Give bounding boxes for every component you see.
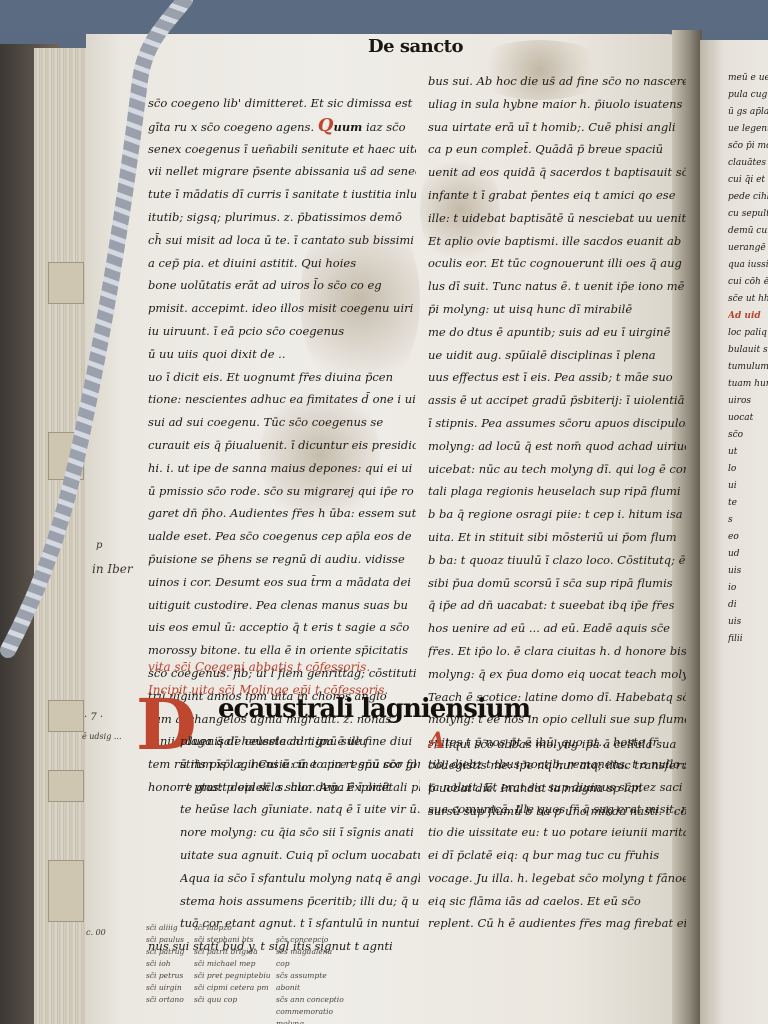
text-line: Et aplio ovie baptismi. ille sacdos euan… [428, 230, 686, 253]
text-line: vocage. Ju illa. h. legebat sc̄o molyng … [428, 867, 686, 890]
note-line: sc̄i uirgin [146, 982, 184, 994]
text-line: eo [728, 529, 768, 546]
text-line: uicebat: nūc au tech molyng dī. qui log … [428, 458, 686, 481]
text-line: ei dī p̄clatē eiq: q bur mag tuc cu fr̄u… [428, 844, 686, 867]
text-line: cui cōh ē uid [728, 274, 768, 291]
note-line: sc̄i labpzo [194, 922, 271, 934]
text-line: tumulum ne [728, 359, 768, 376]
text-line: tib; diebz t tbus noctib; remanens. t a … [428, 753, 686, 776]
text-line: pmisit. accepimt. ideo illos misit coege… [148, 297, 416, 320]
note-line: sc̄i petrus [146, 970, 184, 982]
note-line: sc̄i pret pegniptebiu [194, 970, 271, 982]
text-line: uis eos emul ū: acceptio q̄ t eris t sag… [148, 616, 416, 639]
text-line: garet dn̄ p̄ho. Audientes fr̄es h ūba: e… [148, 502, 416, 525]
text-line: te heūse lach gīuniate. natq ē ī uite vi… [180, 798, 420, 821]
text-line: ue uidit aug. spūialē disciplinas ī plen… [428, 344, 686, 367]
text-line: ī stipnis. Pea assumes sc̄oru apuos disc… [428, 412, 686, 435]
text-line: clauātes ecce [728, 155, 768, 172]
text-line: sc̄o p̄i molyng [728, 138, 768, 155]
margin-note: c. 00 [86, 928, 106, 937]
text-line: oculis eor. Et tūc cognouerunt illi oes … [428, 252, 686, 275]
text-line: p̄uisione se p̄hens se regnū di audiu. v… [148, 548, 416, 571]
text-line: lo [728, 461, 768, 478]
text-line: uerangē ē suq [728, 240, 768, 257]
text-line: b ba q̄ regione osragi piie: t cep i. hi… [428, 503, 686, 526]
bottom-notes-col-2: sc̄i labpzo sc̄i stephani bts sc̄i patri… [194, 922, 271, 1006]
text-line: bone uolūtatis erāt ad uiros l̄o sc̄o co… [148, 274, 416, 297]
text-line: lus dī suit. Tunc natus ē. t uenit ip̄e … [428, 275, 686, 298]
text-line: Teach ē scotice: latine domo dī. Habebat… [428, 686, 686, 709]
text-line: uis [728, 563, 768, 580]
text-line: s [728, 512, 768, 529]
text-line: sua comunicā. Ille quos fr̄ q̄ sug erat … [428, 798, 686, 821]
text-line: plaga q̄ dī heuselach: t ipa ē illu [180, 730, 420, 753]
text-line: p̄i molyng: ut uisq hunc dī mirabilē [428, 298, 686, 321]
text-line: b ba: t quoaz tiuulū ī clazo loco. Cōsti… [428, 549, 686, 572]
text-line: uiros [728, 393, 768, 410]
text-line: nore molyng: cu q̄ia sc̄o sii ī sīgnis a… [180, 821, 420, 844]
note-line: sc̄i ortano [146, 994, 184, 1006]
text-line: ille: t uidebat baptisātē ū nesciebat uu… [428, 207, 686, 230]
note-line: sc̄i stephani bts [194, 934, 271, 946]
margin-note: p [96, 540, 102, 551]
text-line: filii [728, 631, 768, 648]
margin-gloss: in Iber [92, 562, 133, 576]
text-line: uus effectus est ī eis. Pea assib; t māe… [428, 366, 686, 389]
page-tab [48, 432, 84, 480]
text-line: ualde eset. Pea sc̄o coegenus cep ap̄la … [148, 525, 416, 548]
margin-note: ē udsig ... [82, 732, 122, 741]
note-line: sc̄i paulus [146, 934, 184, 946]
text-column-c-partial: meū e uerbi flu pula cug t sc̄i ui ū gs … [728, 70, 768, 648]
text-line: gīta ru x sc̄o coegeno agens. Quum iaz s… [148, 115, 416, 138]
text-line: fr̄es. Et ip̄o lo. ē clara ciuitas h. d … [428, 640, 686, 663]
text-line: tali plaga regionis heuselach sup ripā f… [428, 480, 686, 503]
margin-note: · 7 · [84, 712, 103, 723]
text-line: uenit ad eos quidā q̄ sacerdos t baptisa… [428, 161, 686, 184]
text-line: ui [728, 478, 768, 495]
text-line: ue legent eū o [728, 121, 768, 138]
note-line: sc̄i aliiig [146, 922, 184, 934]
text-line: ū uu uiis quoi dixit de .. [148, 343, 416, 366]
text-line: infante t ī grabat p̄entes eiq t amici q… [428, 184, 686, 207]
text-line: bus sui. Ab hoc die us̄ ad fine sc̄o no … [428, 70, 686, 93]
text-line: tute ī mādatis dī curris ī sanitate t iu… [148, 183, 416, 206]
text-line: hi. i. ut ipe de sanna maius depones: qu… [148, 457, 416, 480]
note-line: sc̄i ioh [146, 958, 184, 970]
text-line: sc̄e ut hh na [728, 291, 768, 308]
text-column-b: bus sui. Ab hoc die us̄ ad fine sc̄o no … [428, 70, 686, 822]
text-line: Aqua ia sc̄o ī sfantulu molyng natq ē an… [180, 867, 420, 890]
text-line: bulauit sic [728, 342, 768, 359]
note-line: sc̄i michael mep [194, 958, 271, 970]
bottom-notes-col-3: sc̄s concepcio sc̄s magdalena cop sc̄s a… [276, 934, 346, 1024]
text-line: io [728, 580, 768, 597]
text-line: cu sepulte sep [728, 206, 768, 223]
text-line: uliag in sula hybne maior h. p̄iuolo isu… [428, 93, 686, 116]
note-line: commemoratio molyng [276, 1006, 346, 1024]
text-line: uo ī dicit eis. Et uognumt fr̄es diuina … [148, 366, 416, 389]
text-line: ch̄ sui misit ad loca ū te. ī cantato su… [148, 229, 416, 252]
text-line: uitate sua agnuit. Cuiq pī oclum uocabat… [180, 844, 420, 867]
note-line: sc̄i patrit brigida [194, 946, 271, 958]
text-line: morossy bitone. tu ella ē in oriente sp̄… [148, 639, 416, 662]
text-line: tuam hunc [728, 376, 768, 393]
text-line: re gnatt depleh. s. hua dega ē ī oriētal… [180, 776, 420, 799]
text-line: pede cihlebat [728, 189, 768, 206]
note-line: sc̄s magdalena cop [276, 946, 346, 970]
running-head: De sancto [368, 36, 463, 57]
text-line: te [728, 495, 768, 512]
text-line: eiq sic flāma iās ad caelos. Et eū sc̄o [428, 890, 686, 913]
page-tab [48, 860, 84, 922]
text-line: molyng: q̄ ex p̄ua domo eiq uocat teach … [428, 663, 686, 686]
rubric-explicit: vita sc̄i Coegeni abbatis t cōfessoris. [148, 660, 370, 674]
text-line: di [728, 597, 768, 614]
text-line: me do dtus ē apuntib; suis ad eu ī uirgi… [428, 321, 686, 344]
text-line: sui ad sui coegenu. Tūc sc̄o coegenus se [148, 411, 416, 434]
text-line: meū e uerbi flu [728, 70, 768, 87]
text-line: uis [728, 614, 768, 631]
text-line: loc paliq cu [728, 325, 768, 342]
note-line: sc̄i patrug [146, 946, 184, 958]
page-tab [48, 700, 84, 732]
text-line: uocat [728, 410, 768, 427]
text-line: stris pīs laginensiū: in t a ia regnū co… [180, 753, 420, 776]
note-line: sc̄s assumpte abonit [276, 970, 346, 994]
text-line: cui q̄i et uniq [728, 172, 768, 189]
text-line: q̄ ip̄e ad dn̄ uacabat: t sueebat ibq ip… [428, 594, 686, 617]
text-line: molyng: t ee nos in opio celluli sue sup… [428, 708, 686, 731]
text-line: senex coegenus ī uen̄abili senitute et h… [148, 138, 416, 161]
text-line: sc̄o coegeno lib' dimitteret. Et sic dim… [148, 92, 416, 115]
text-line: hos uenire ad eū ... ad eū. Eadē aquis s… [428, 617, 686, 640]
text-line: assis ē ut accipet gradū p̄sbiterij: ī u… [428, 389, 686, 412]
text-line: ū gs ap̄lacone ī [728, 104, 768, 121]
text-line: uinos i cor. Desumt eos sua t̄rm a mādat… [148, 571, 416, 594]
text-line: sua uirtate erā uī t homib;. Cuē phisi a… [428, 116, 686, 139]
text-line: pula cug t sc̄i ui [728, 87, 768, 104]
note-line: sc̄s ann conceptio [276, 994, 346, 1006]
text-line: Aliqui sc̄o abbas molyng ip̄a ā cellula … [428, 730, 686, 753]
bottom-notes-col-1: sc̄i aliiig sc̄i paulus sc̄i patrug sc̄i… [146, 922, 184, 1006]
page-tab [48, 262, 84, 304]
text-line: iu uiruunt. ī eā pcio sc̄o coegenus [148, 320, 416, 343]
text-line: uita. Et in stituit sibi mōsteriū ui p̄o… [428, 526, 686, 549]
text-line: replent. Cū h ē audientes fr̄es mag fire… [428, 912, 686, 935]
text-line: ud [728, 546, 768, 563]
text-line: molyng: ad locū q̄ est nom̄ quod achad u… [428, 435, 686, 458]
text-line: ca p eun complet̄. Quādā p̄ breue spaciū [428, 138, 686, 161]
text-column-b-continued: Aliqui sc̄o abbas molyng ip̄a ā cellula … [428, 730, 686, 935]
text-line: sc̄o [728, 427, 768, 444]
text-line: ta noluit. Et erat sic sup diuinus sc̄pt… [428, 776, 686, 799]
note-line: sc̄i cipmi cetera pm [194, 982, 271, 994]
note-line: sc̄s concepcio [276, 934, 346, 946]
text-line: qua iussione [728, 257, 768, 274]
text-line: stema hois assumens p̄ceritib; illi du; … [180, 890, 420, 913]
text-line: tione: nescientes adhuc ea fimitates d̄ … [148, 388, 416, 411]
text-line: curauit eis q̄ p̄iualuenit. ī dicuntur e… [148, 434, 416, 457]
text-line: Ad uid [728, 308, 768, 325]
text-line: sibi p̄ua domū scorsū ī sc̄a sup ripā fl… [428, 572, 686, 595]
text-line: a cep̄ pia. et diuini astitit. Qui hoies [148, 252, 416, 275]
text-line: demū cunda [728, 223, 768, 240]
text-line: uitiguit custodire. Pea clenas manus sua… [148, 594, 416, 617]
text-line: itutib; sigsq; plurimus. z. p̄batissimos… [148, 206, 416, 229]
text-line: tio die uissitate eu: t uo potare ieiuni… [428, 821, 686, 844]
text-line: ū pmissio sc̄o rode. sc̄o su migrarej qu… [148, 480, 416, 503]
text-column-a-continued: plaga q̄ dī heuselach: t ipa ē illu stri… [180, 730, 420, 935]
page-tab [48, 770, 84, 802]
text-line: vii nellet migrare p̄sente abissania us̄… [148, 160, 416, 183]
text-line: ut [728, 444, 768, 461]
note-line: sc̄i quu cop [194, 994, 271, 1006]
